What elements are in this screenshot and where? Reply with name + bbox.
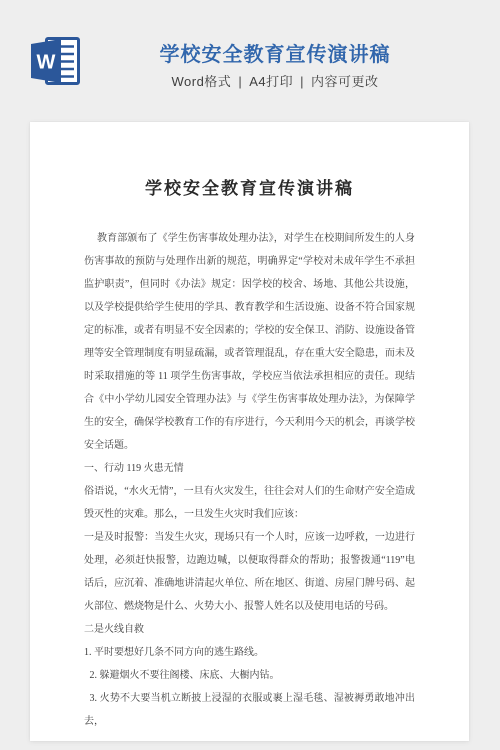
template-preview: W 学校安全教育宣传演讲稿 Word格式|A4打印|内容可更改 学校安全教育宣传… — [0, 0, 500, 750]
list-item: 3. 火势不大要当机立断披上浸湿的衣服或裹上湿毛毯、湿被褥勇敢地冲出去， — [84, 687, 415, 733]
document-body: 教育部颁布了《学生伤害事故处理办法》，对学生在校期间所发生的人身伤害事故的预防与… — [84, 227, 415, 733]
list-item: 1. 平时要想好几条不同方向的逃生路线。 — [84, 641, 415, 664]
paragraph: 一是及时报警：当发生火灾，现场只有一个人时，应该一边呼救，一边进行处理，必须赶快… — [84, 526, 415, 618]
template-meta: Word格式|A4打印|内容可更改 — [80, 73, 470, 90]
svg-text:W: W — [37, 52, 56, 74]
word-icon: W — [27, 36, 81, 86]
meta-editable: 内容可更改 — [311, 74, 379, 89]
template-title: 学校安全教育宣传演讲稿 — [80, 42, 470, 68]
header: W 学校安全教育宣传演讲稿 Word格式|A4打印|内容可更改 — [0, 0, 500, 122]
document-page: 学校安全教育宣传演讲稿 教育部颁布了《学生伤害事故处理办法》，对学生在校期间所发… — [30, 122, 469, 741]
word-icon-graphic: W — [27, 36, 81, 86]
paragraph: 俗语说，“水火无情”，一旦有火灾发生，往往会对人们的生命财产安全造成毁灭性的灾难… — [84, 480, 415, 526]
section-heading: 一、行动 119 火患无情 — [84, 457, 415, 480]
meta-separator: | — [300, 74, 304, 89]
paragraph: 教育部颁布了《学生伤害事故处理办法》，对学生在校期间所发生的人身伤害事故的预防与… — [84, 227, 415, 457]
header-text: 学校安全教育宣传演讲稿 Word格式|A4打印|内容可更改 — [80, 42, 470, 90]
sub-heading: 二是火线自救 — [84, 618, 415, 641]
list-item: 2. 躲避烟火不要往阁楼、床底、大橱内钻。 — [84, 664, 415, 687]
meta-print: A4打印 — [249, 74, 293, 89]
meta-format: Word格式 — [171, 74, 231, 89]
document-title: 学校安全教育宣传演讲稿 — [30, 178, 469, 200]
meta-separator: | — [238, 74, 242, 89]
